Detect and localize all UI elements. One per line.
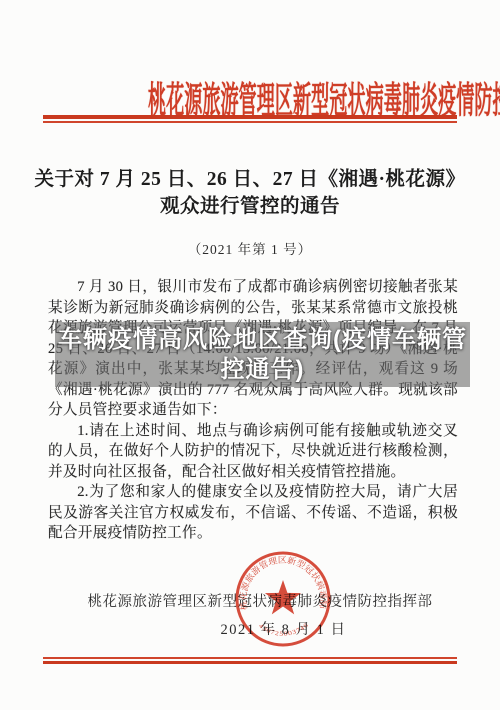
doc-number: （2021 年第 1 号） <box>0 238 500 258</box>
notice-document-page: 桃花源旅游管理区新型冠状病毒肺炎疫情防控指挥部 关于对 7 月 25 日、26 … <box>0 0 500 710</box>
paragraph-item-1: 1.请在上述时间、地点与确诊病例可能有接触或轨迹交叉的人员，在做好个人防护的情况… <box>48 421 458 483</box>
footer-rule-thick <box>43 661 457 664</box>
official-seal: 桃花源旅游管理区新型冠状病毒肺炎疫情防控指挥部 4307250037462 <box>221 537 345 661</box>
footer-rule-thin <box>43 657 457 659</box>
caption-overlay-band: 车辆疫情高风险地区查询(疫情车辆管 控通告) <box>55 322 470 387</box>
caption-line1: 车辆疫情高风险地区查询(疫情车辆管 <box>58 325 467 355</box>
letterhead: 桃花源旅游管理区新型冠状病毒肺炎疫情防控指挥部 <box>0 70 500 115</box>
paragraph-item-2: 2.为了您和家人的健康安全以及疫情防控大局，请广大居民及游客关注官方权威发布，不… <box>48 482 458 544</box>
notice-title: 关于对 7 月 25 日、26 日、27 日《湘遇·桃花源》 观众进行管控的通告 <box>25 166 475 220</box>
letterhead-rule-thin <box>43 121 457 123</box>
notice-title-line2: 观众进行管控的通告 <box>25 193 475 220</box>
notice-title-line1: 关于对 7 月 25 日、26 日、27 日《湘遇·桃花源》 <box>25 166 475 193</box>
caption-line2: 控通告) <box>221 355 305 385</box>
notice-body: 7 月 30 日，银川市发布了成都市确诊病例密切接触者张某某诊断为新冠肺炎确诊病… <box>48 277 458 544</box>
letterhead-rule-thick <box>43 115 457 119</box>
seal-star-icon <box>265 580 301 614</box>
